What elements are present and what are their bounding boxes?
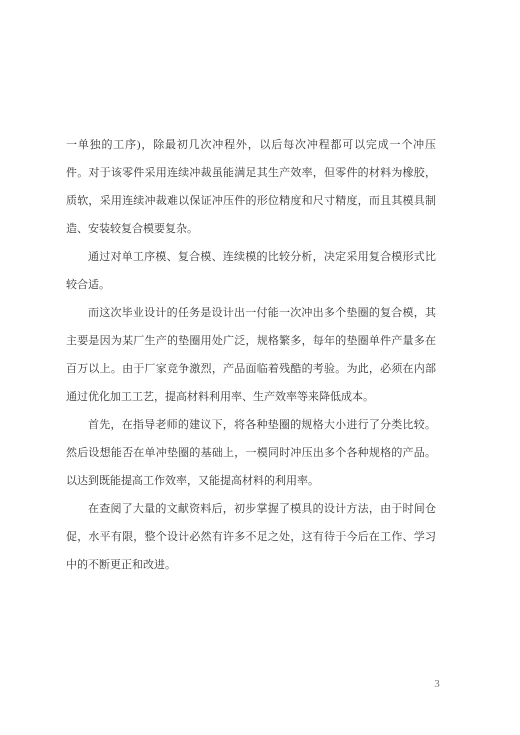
text-line: 而这次毕业设计的任务是设计出一付能一次冲出多个垫圈的复合模，其: [66, 299, 436, 327]
text-line: 百万以上。由于厂家竞争激烈，产品面临着残酷的考验。为此，必须在内部: [66, 355, 436, 383]
text-line: 然后设想能否在单冲垫圈的基础上，一模同时冲压出多个各种规格的产品。: [66, 439, 436, 467]
text-line: 一单独的工序)，除最初几次冲程外，以后每次冲程都可以完成一个冲压: [66, 131, 436, 159]
text-line: 在查阅了大量的文献资料后，初步掌握了模具的设计方法，由于时间仓: [66, 495, 436, 523]
text-line: 质软，采用连续冲裁难以保证冲压件的形位精度和尺寸精度，而且其模具制: [66, 187, 436, 215]
paragraph-3: 而这次毕业设计的任务是设计出一付能一次冲出多个垫圈的复合模，其 主要是因为某厂生…: [66, 299, 436, 411]
text-line: 主要是因为某厂生产的垫圈用处广泛，规格繁多，每年的垫圈单件产量多在: [66, 327, 436, 355]
paragraph-2: 通过对单工序模、复合模、连续模的比较分析，决定采用复合模形式比 较合适。: [66, 243, 436, 299]
document-page: 一单独的工序)，除最初几次冲程外，以后每次冲程都可以完成一个冲压 件。对于该零件…: [0, 0, 520, 735]
text-line: 件。对于该零件采用连续冲裁虽能满足其生产效率，但零件的材料为橡胶，: [66, 159, 436, 187]
paragraph-1: 一单独的工序)，除最初几次冲程外，以后每次冲程都可以完成一个冲压 件。对于该零件…: [66, 131, 436, 243]
text-line: 促，水平有限，整个设计必然有许多不足之处，这有待于今后在工作、学习: [66, 523, 436, 551]
text-line: 通过对单工序模、复合模、连续模的比较分析，决定采用复合模形式比: [66, 243, 436, 271]
page-number: 3: [428, 676, 446, 692]
body-text: 一单独的工序)，除最初几次冲程外，以后每次冲程都可以完成一个冲压 件。对于该零件…: [66, 131, 436, 579]
text-line: 造、安装较复合模要复杂。: [66, 215, 436, 243]
text-line: 通过优化加工工艺，提高材料利用率、生产效率等来降低成本。: [66, 383, 436, 411]
text-line: 以达到既能提高工作效率，又能提高材料的利用率。: [66, 467, 436, 495]
text-line: 中的不断更正和改进。: [66, 551, 436, 579]
paragraph-4: 首先，在指导老师的建议下，将各种垫圈的规格大小进行了分类比较。 然后设想能否在单…: [66, 411, 436, 495]
text-line: 较合适。: [66, 271, 436, 299]
paragraph-5: 在查阅了大量的文献资料后，初步掌握了模具的设计方法，由于时间仓 促，水平有限，整…: [66, 495, 436, 579]
text-line: 首先，在指导老师的建议下，将各种垫圈的规格大小进行了分类比较。: [66, 411, 436, 439]
